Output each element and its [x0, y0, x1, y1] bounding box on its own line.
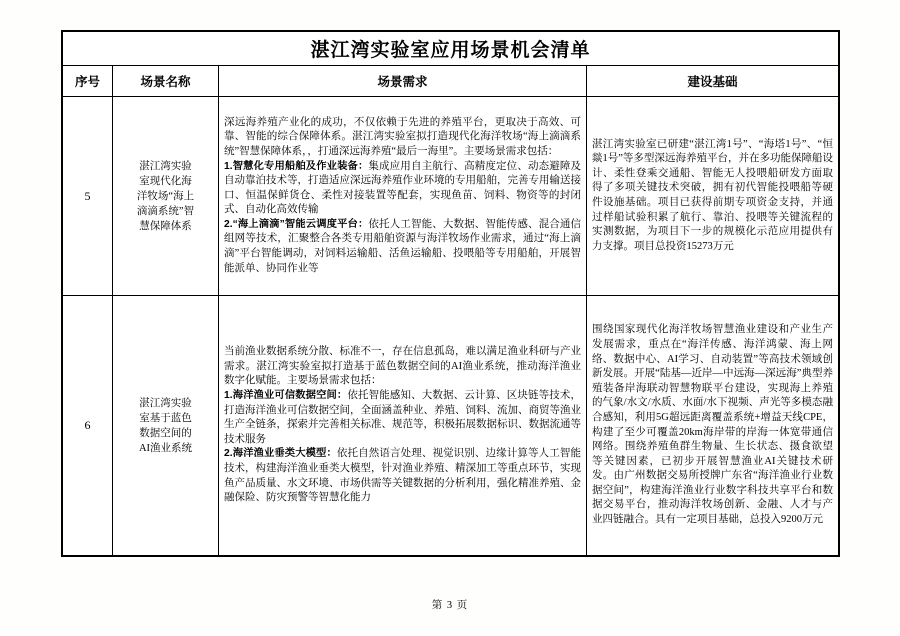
document-page: 湛江湾实验室应用场景机会清单 序号 场景名称 场景需求 建设基础 5 湛江湾实验…: [0, 0, 900, 636]
table-title: 湛江湾实验室应用场景机会清单: [63, 32, 838, 66]
row5-scenario-name: 湛江湾实验室现代化海洋牧场“海上滴滴系统”智慧保障体系: [113, 97, 219, 296]
row6-scenario-name: 湛江湾实验室基于蓝色数据空间的AI渔业系统: [113, 296, 219, 555]
row5-construction-basis: 湛江湾实验室已研建“湛江湾1号”、“海塔1号”、“恒燚1号”等多型深远海养殖平台…: [587, 97, 838, 296]
row5-demand-text: 深远海养殖产业化的成功，不仅依赖于先进的养殖平台，更取决于高效、可靠、智能的综合…: [224, 116, 581, 277]
column-header-scenario-name: 场景名称: [113, 66, 219, 97]
row6-demand-text: 当前渔业数据系统分散、标准不一，存在信息孤岛，难以满足渔业科研与产业需求。湛江湾…: [224, 345, 581, 506]
row6-basis-text: 围绕国家现代化海洋牧场智慧渔业建设和产业生产发展需求，重点在“海洋传感、海洋鸿蒙…: [592, 323, 833, 527]
row6-index: 6: [63, 296, 113, 555]
row6-scenario-demand: 当前渔业数据系统分散、标准不一，存在信息孤岛，难以满足渔业科研与产业需求。湛江湾…: [219, 296, 587, 555]
row6-construction-basis: 围绕国家现代化海洋牧场智慧渔业建设和产业生产发展需求，重点在“海洋传感、海洋鸿蒙…: [587, 296, 838, 555]
column-header-scenario-demand: 场景需求: [219, 66, 587, 97]
page-number: 第 3 页: [0, 597, 900, 612]
scenario-table: 湛江湾实验室应用场景机会清单 序号 场景名称 场景需求 建设基础 5 湛江湾实验…: [61, 30, 840, 557]
column-header-construction-basis: 建设基础: [587, 66, 838, 97]
row5-index: 5: [63, 97, 113, 296]
row5-scenario-demand: 深远海养殖产业化的成功，不仅依赖于先进的养殖平台，更取决于高效、可靠、智能的综合…: [219, 97, 587, 296]
row5-basis-text: 湛江湾实验室已研建“湛江湾1号”、“海塔1号”、“恒燚1号”等多型深远海养殖平台…: [592, 138, 833, 255]
column-header-index: 序号: [63, 66, 113, 97]
